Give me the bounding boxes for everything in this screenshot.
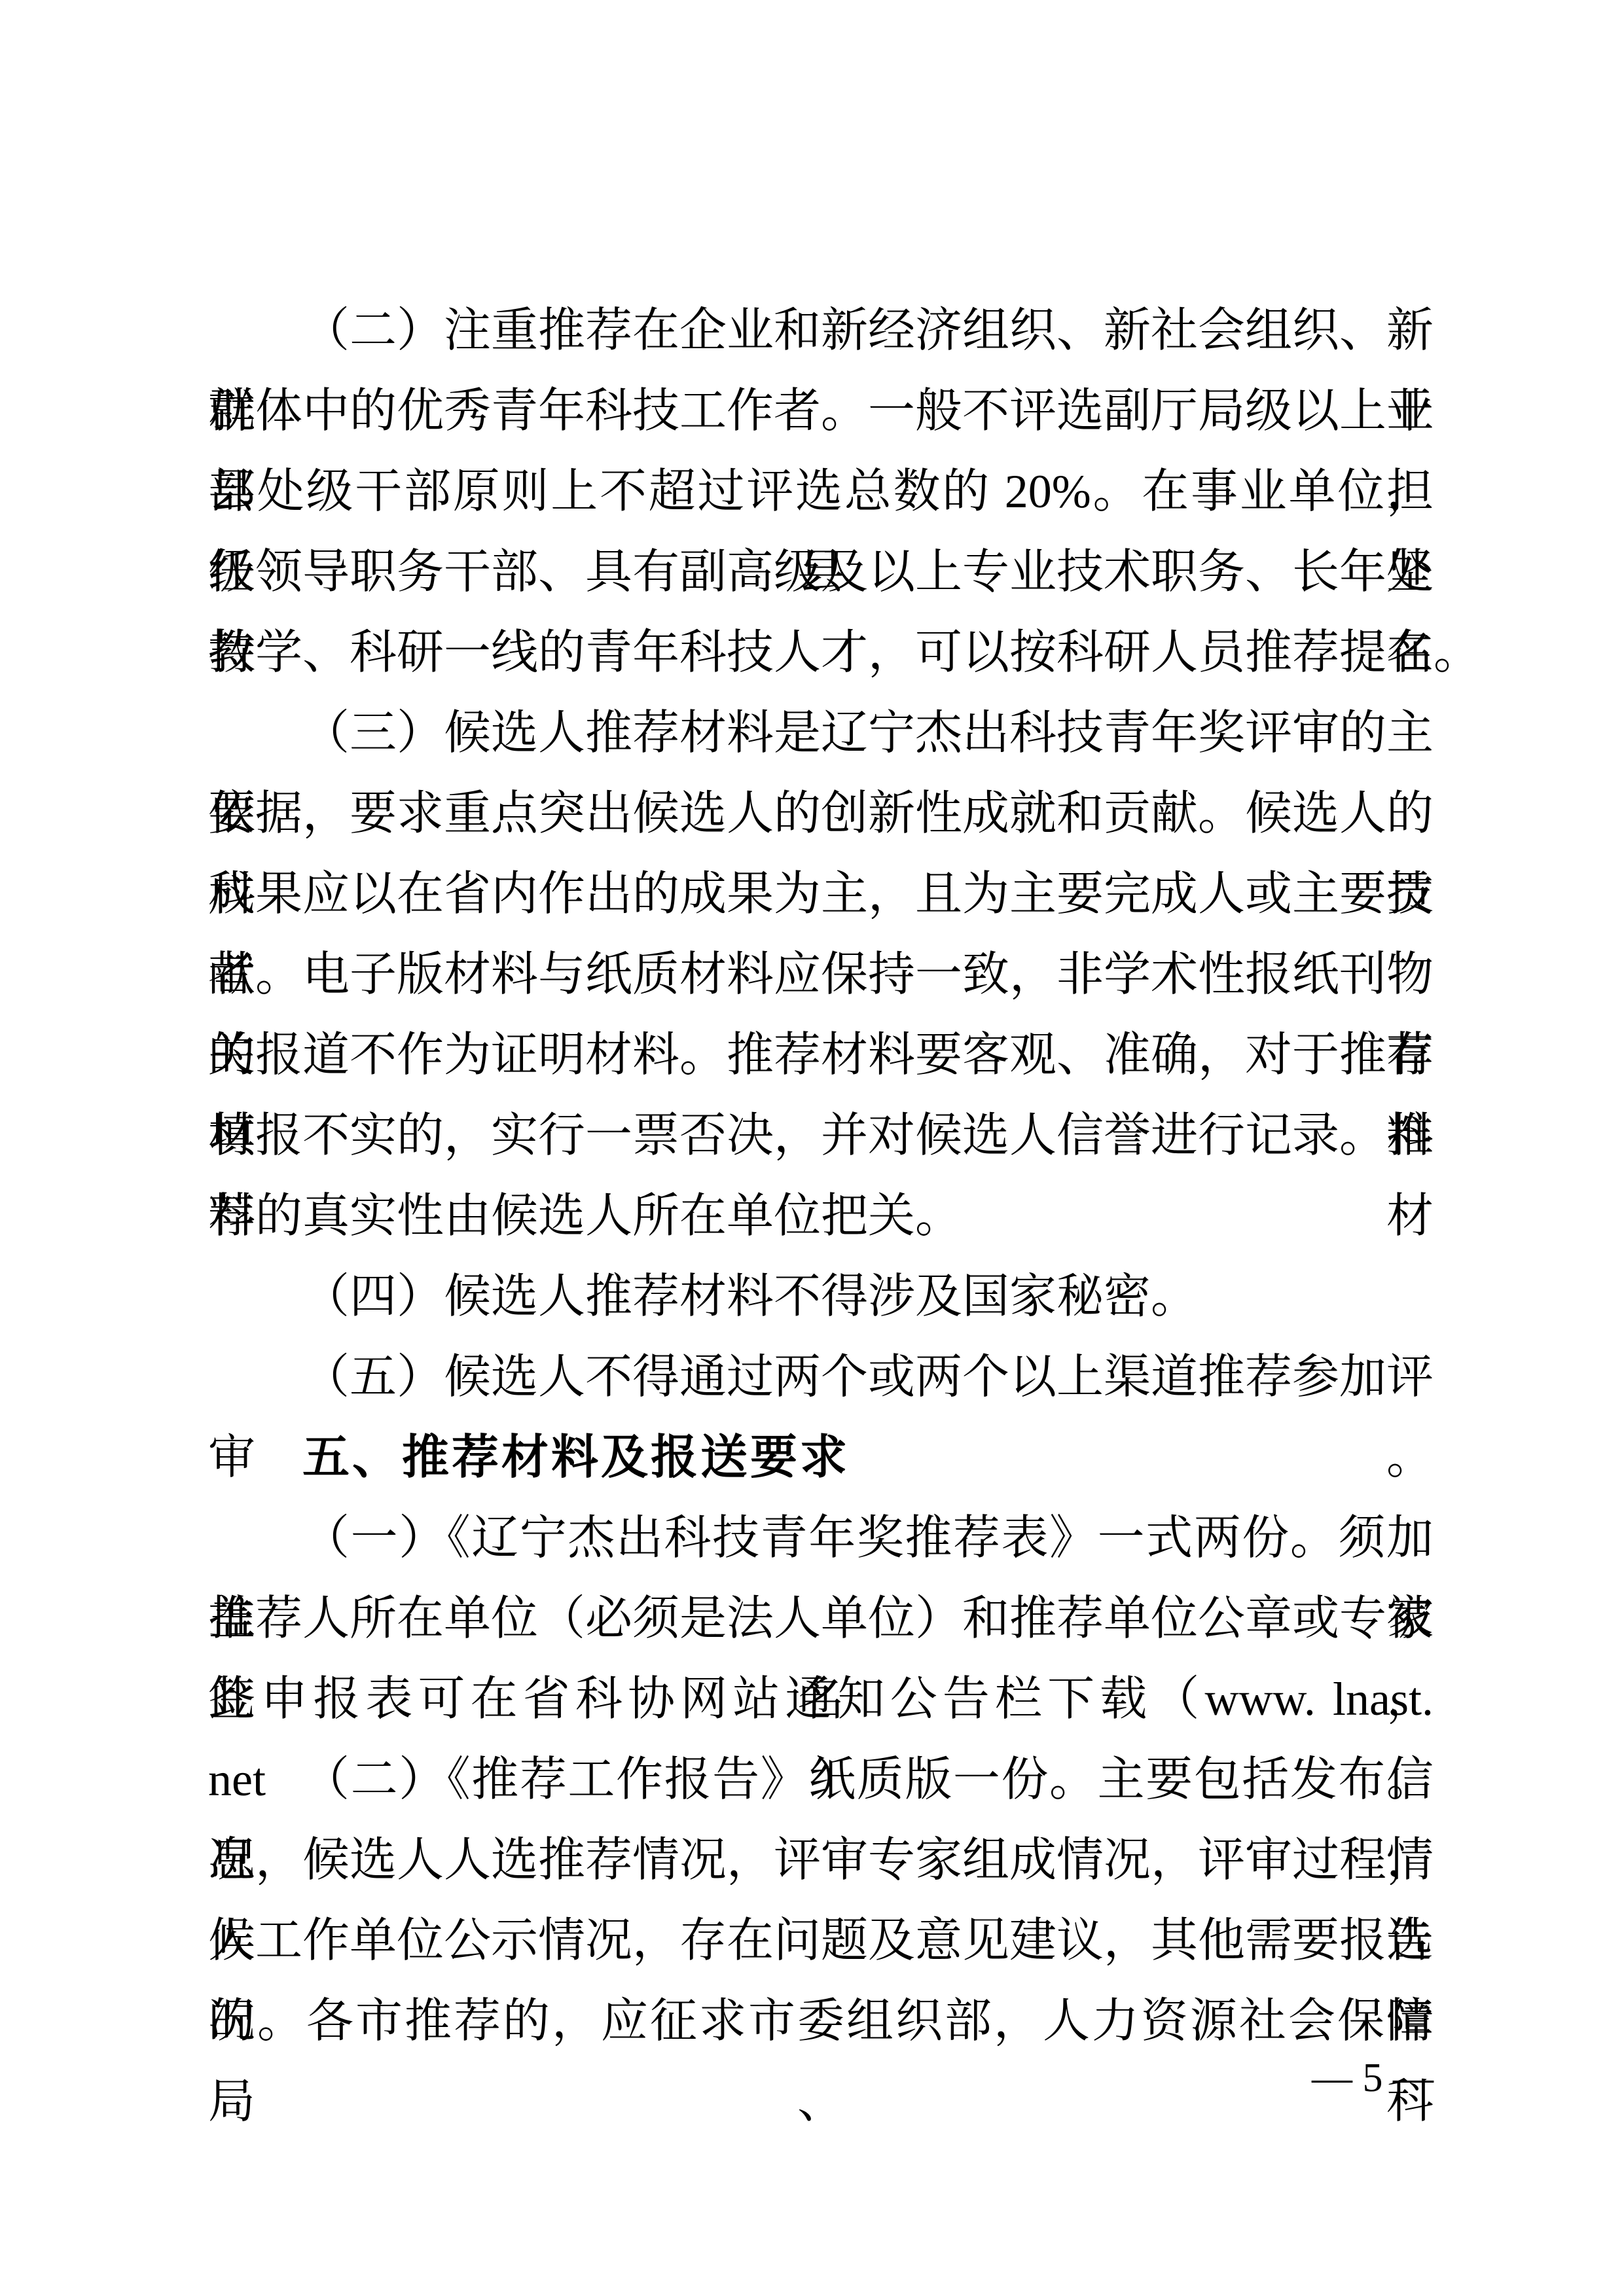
text-line: （五）候选人不得通过两个或两个以上渠道推荐参加评审。 [208, 1337, 1434, 1418]
document-page: （二）注重推荐在企业和新经济组织、新社会组织、新就业群体中的优秀青年科技工作者。… [0, 0, 1624, 2296]
page-number: — 5 — [1312, 2049, 1434, 2108]
text-line: （四）候选人推荐材料不得涉及国家秘密。 [208, 1257, 1434, 1337]
document-body: （二）注重推荐在企业和新经济组织、新社会组织、新就业群体中的优秀青年科技工作者。… [208, 291, 1434, 2062]
text-line: 填报不实的，实行一票否决，并对候选人信誉进行记录。推荐材 [208, 1096, 1434, 1176]
text-line: 此申报表可在省科协网站通知公告栏下载（www. lnast. net）。 [208, 1659, 1434, 1740]
text-line: 成果应以在省内作出的成果为主，且为主要完成人或主要贡献 [208, 854, 1434, 935]
text-line: 者。电子版材料与纸质材料应保持一致，非学术性报纸刊物的有 [208, 935, 1434, 1015]
text-line: 级领导职务干部、具有副高级及以上专业技术职务、长年坚持在 [208, 532, 1434, 613]
text-line: （三）候选人推荐材料是辽宁杰出科技青年奖评审的主要 [208, 693, 1434, 774]
text-line: 教学、科研一线的青年科技人才，可以按科研人员推荐提名。 [208, 613, 1434, 693]
text-line: （二）《推荐工作报告》纸质版一份。主要包括发布信息情 [208, 1740, 1434, 1820]
text-line: （二）注重推荐在企业和新经济组织、新社会组织、新就业 [208, 291, 1434, 371]
text-line: 群体中的优秀青年科技工作者。一般不评选副厅局级以上干部， [208, 371, 1434, 452]
text-line: （一）《辽宁杰出科技青年奖推荐表》一式两份。须加盖被 [208, 1498, 1434, 1579]
text-line: 况，候选人人选推荐情况，评审专家组成情况，评审过程，候选 [208, 1820, 1434, 1901]
text-line: 推荐人所在单位（必须是法人单位）和推荐单位公章或专家签名， [208, 1579, 1434, 1659]
text-line: 县处级干部原则上不超过评选总数的 20%。在事业单位担任县处 [208, 452, 1434, 532]
text-line: 况。各市推荐的，应征求市委组织部，人力资源社会保障局、科 [208, 1981, 1434, 2062]
text-line: 依据，要求重点突出候选人的创新性成就和贡献。候选人的科技 [208, 774, 1434, 854]
text-line: 人工作单位公示情况，存在问题及意见建议，其他需要报告的情 [208, 1901, 1434, 1981]
text-line: 关报道不作为证明材料。推荐材料要客观、准确，对于推荐材料 [208, 1015, 1434, 1096]
